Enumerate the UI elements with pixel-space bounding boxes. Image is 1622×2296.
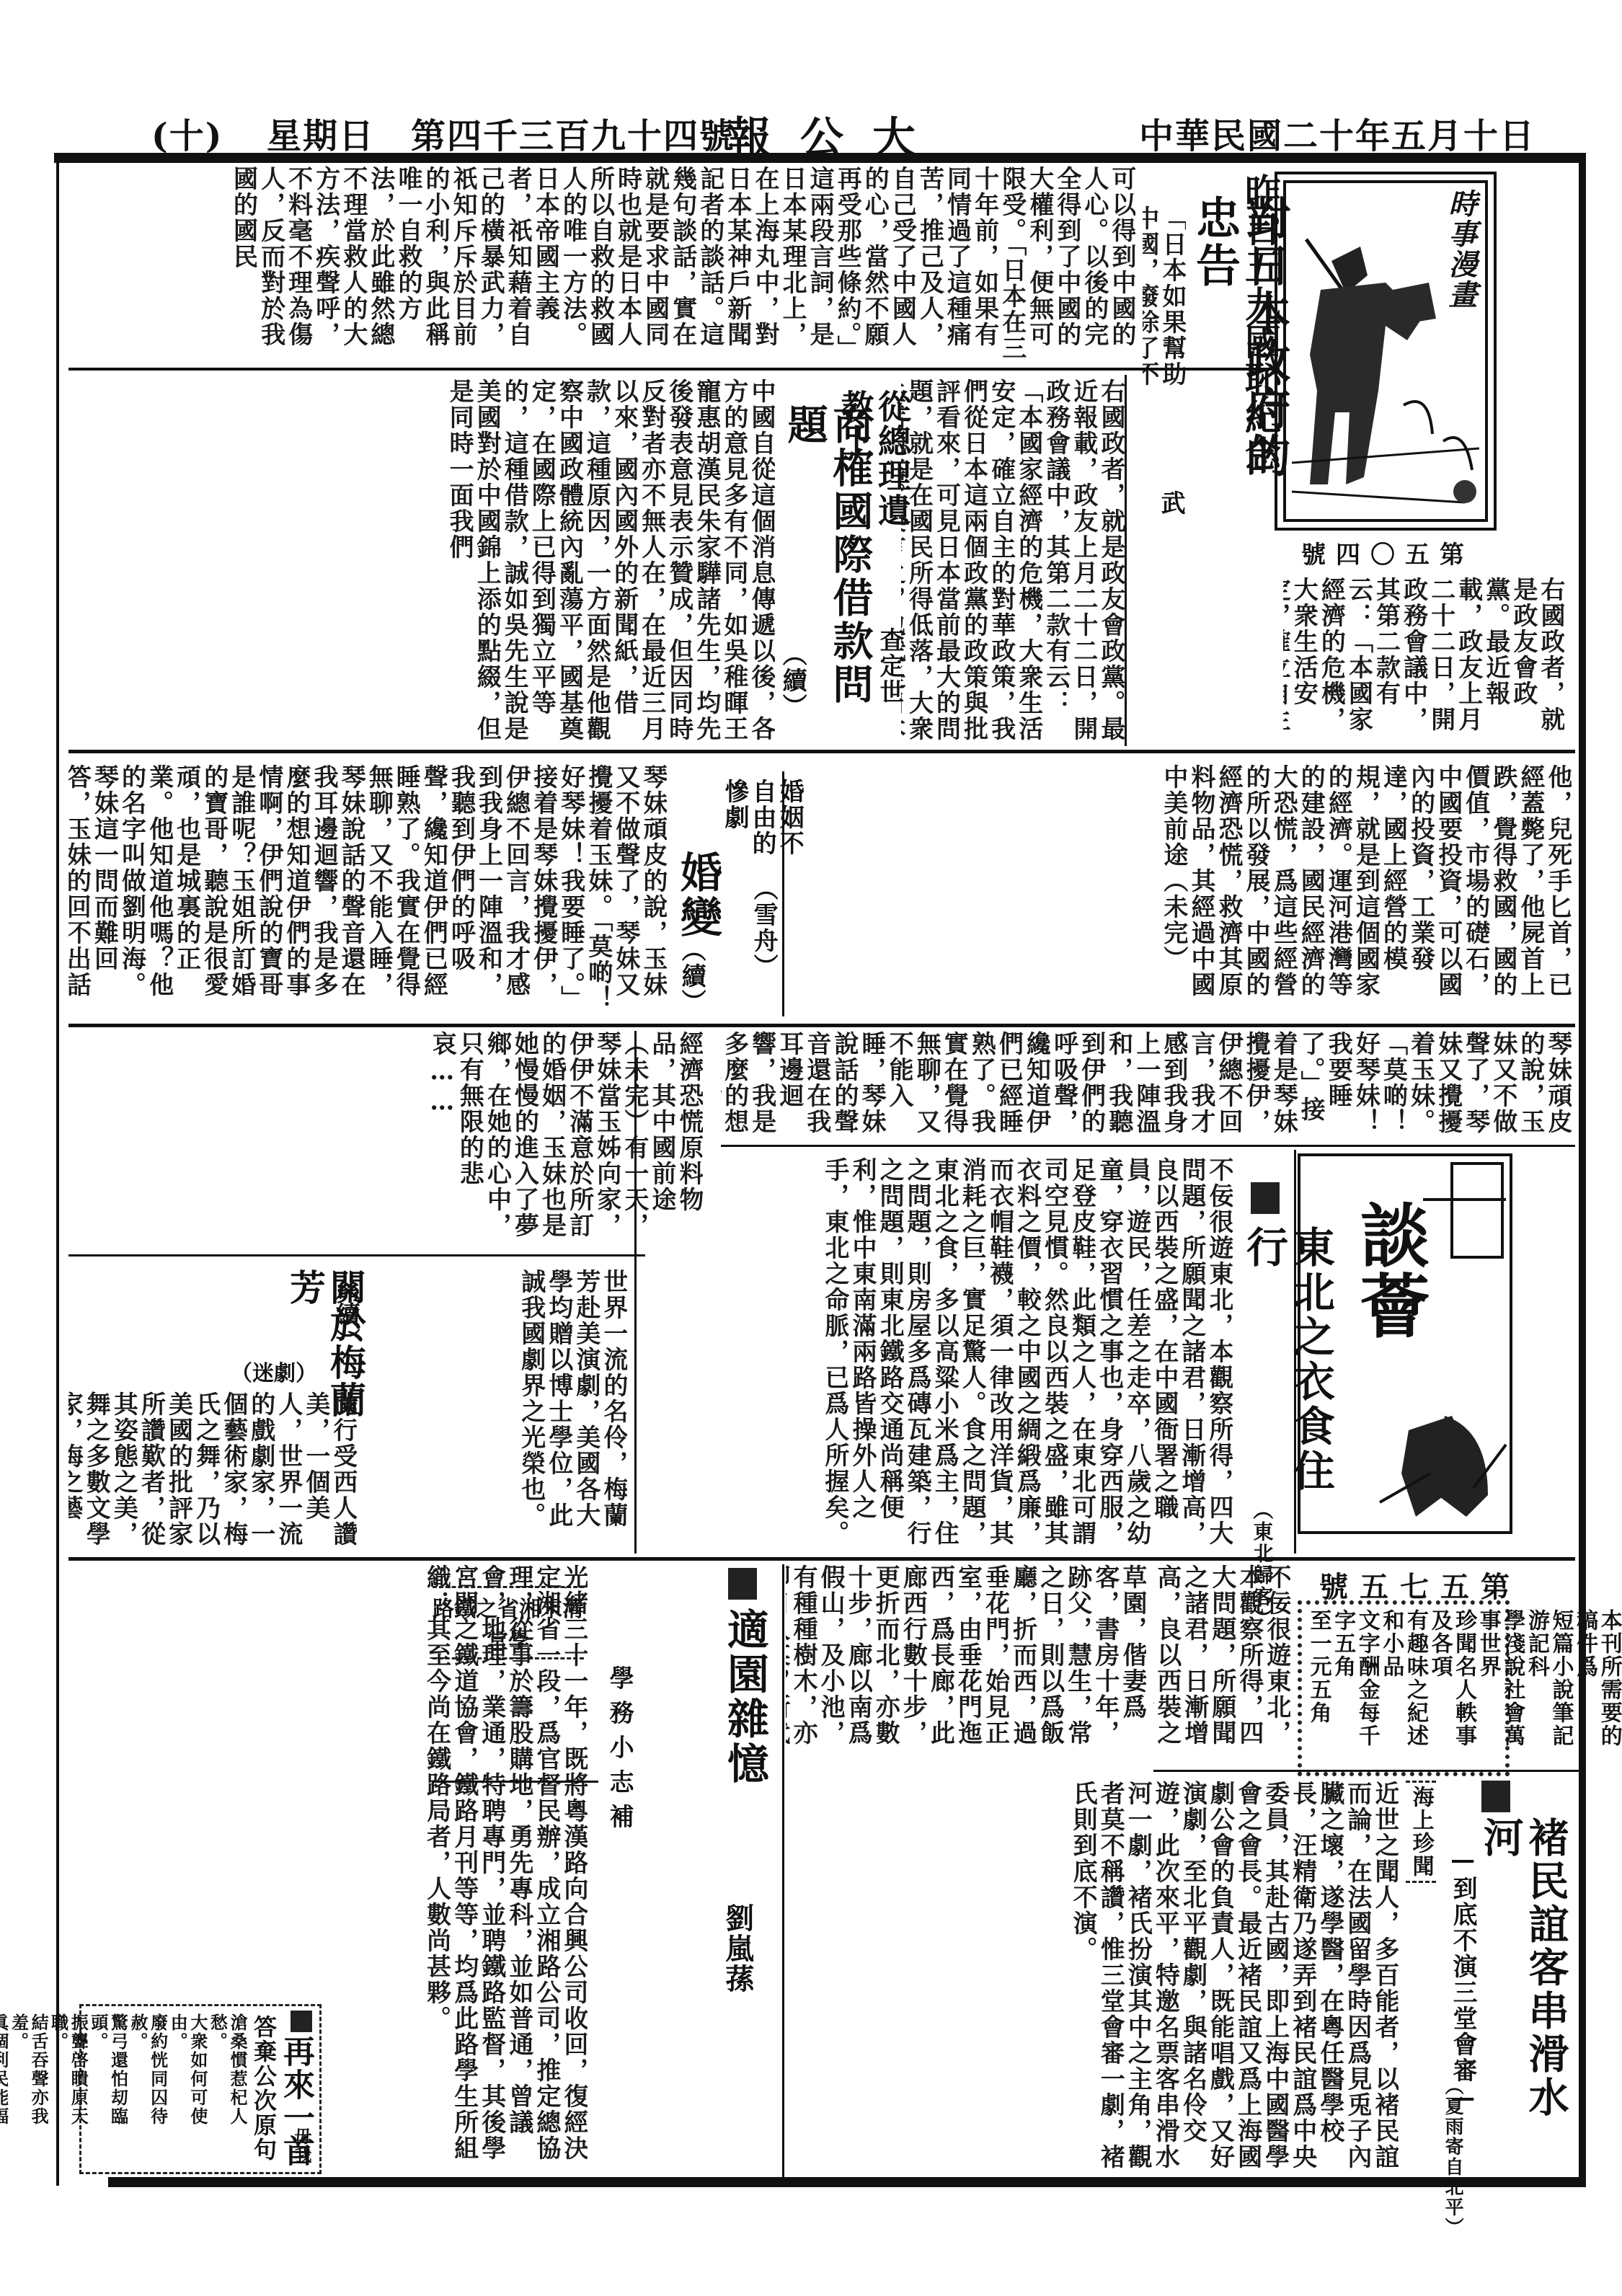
marriage-kicker: 婚姻不自由的慘劇: [721, 779, 803, 858]
shiyuan-author: 劉嵐蓀: [721, 1903, 753, 1994]
poem-line: 大衆如何可使由。: [167, 2013, 208, 2126]
divider: [1153, 1770, 1579, 1772]
editorial-body-mid: 右國政者，就是政友會政黨。最近報載，政友上月二十二日，開政務會議中，其第二款有云…: [901, 378, 1125, 746]
left-mid-column-text: 經濟恐慌原料物品，其中國前途（未完）有一天，琴妹當玉姊向家，伊伊不滿意於所訂的婚…: [68, 1031, 703, 1247]
cartoon-illustration: 時事漫畫: [1275, 172, 1497, 531]
cartoon-title: 時事漫畫: [1444, 189, 1476, 310]
marriage-title: 婚變: [674, 851, 721, 940]
editorial-author: 武: [1157, 490, 1184, 516]
section-marker-icon: [1251, 1182, 1280, 1214]
marriage-continued: （續）: [678, 937, 705, 1015]
poem-line: 結舌吞聲亦我羞。: [8, 2013, 49, 2126]
marriage-body-continued: 琴妹頑皮的說，玉妹又不做聲了，琴妹又攪擾着玉妹。「莫啲！好琴妹！我要睡了。」接着…: [721, 1031, 1572, 1143]
section-divider: [68, 1024, 1575, 1027]
header-rule: [54, 153, 1582, 163]
shiyuan-title: 適園雜憶: [721, 1608, 768, 1881]
date: 中華民國二十年五月十日: [1139, 108, 1535, 158]
poem-line: 振聾啓瞶原天職。: [48, 2013, 89, 2126]
section-divider: [68, 368, 1280, 371]
section-divider: [68, 1557, 1575, 1561]
right-frame: [1579, 153, 1586, 2186]
poem-box: 再來一首 毋我 答棄公次原句 滄桑慣惹杞人愁。 大衆如何可使由。 廢約恍同囚待赦…: [79, 2004, 322, 2174]
northeast-title: 東北之衣食住行: [1240, 1225, 1334, 1514]
contributions-notice: 本刊所需要的稿件爲 短篇小說筆記游記科 學淺說社會萬事世界 珍聞名人軼事及各項 …: [1298, 1600, 1510, 1776]
tanhui-issue-number: 第五七五號: [1312, 1564, 1528, 1605]
marriage-author: （雪舟）: [750, 876, 777, 980]
poem-line: 廢約恍同囚待赦。: [128, 2013, 169, 2126]
poem-line: 滄桑慣惹杞人愁。: [207, 2013, 248, 2126]
shanghai-news-title: 褚民誼客串滑水河: [1478, 1817, 1568, 2119]
divider: [721, 1145, 1575, 1147]
notice-lines: 本刊所需要的稿件爲 短篇小說筆記游記科 學淺說社會萬事世界 珍聞名人軼事及各項 …: [1306, 1609, 1621, 1760]
loan-author: 査定世: [876, 627, 903, 705]
shiyuan-body: 草園，偕妻爲客，書房十年，跡父，慧生，常之日，則以爲飯廳，折而西，過垂花門，始見…: [786, 1564, 1146, 1770]
poem-subtitle: 答棄公次原句: [250, 2015, 276, 2162]
meilanfang-body: 此行受西人讚美，一個美人，世界一流的戲劇家，一個藝術家，梅氏之舞，乃以美國的批評…: [68, 1391, 357, 1550]
editorial-title: 對日本政府的忠告: [1189, 195, 1290, 526]
loan-continued: （續）: [779, 642, 806, 719]
notice-line: 學淺說社會萬事世界: [1476, 1609, 1525, 1747]
issue-number: 第四千三百九十四號: [411, 108, 735, 158]
page-number: (十): [151, 108, 223, 158]
poem-author: 毋我: [291, 2127, 311, 2165]
shiyuan-marker: [728, 1568, 757, 1607]
section-marker-icon: [1481, 1781, 1510, 1812]
notice-line: 文字酬金每千字五角: [1330, 1609, 1380, 1747]
poem-lines: 滄桑慣惹杞人愁。 大衆如何可使由。 廢約恍同囚待赦。 驚弓還怕刧臨頭。 振聾啓瞶…: [0, 2013, 247, 2158]
weekday: 星期日: [267, 108, 375, 158]
divider: [68, 1254, 645, 1256]
loan-body: 中國自從這個消息傳遞以後，各方的意見多有不同，如吳稚暉王寵惠胡漢民朱家驊諸先生，…: [68, 378, 775, 746]
column-divider: [634, 1031, 637, 1553]
notice-line: 短篇小說筆記游記科: [1524, 1609, 1574, 1747]
northeast-section-icon: [1251, 1182, 1280, 1221]
meilanfang-continued: （續）: [332, 1276, 359, 1354]
notice-line: 珍聞名人軼事及各項: [1427, 1609, 1477, 1747]
cartoon-caption: 第五〇四號: [1283, 535, 1492, 564]
column-divider: [1294, 1150, 1296, 1553]
editorial-body-right: 右國政者，就是政友會政黨。最近報載，政友上月二十二日，開政務會議中，其第二款有云…: [1283, 577, 1564, 743]
section-marker-icon: [728, 1568, 757, 1600]
railway-column-label: 學務小志補: [606, 1665, 633, 1838]
northeast-body: 不佞很遊東北，本觀察所得，四大問題，所願聞之諸君，日漸增高，良以西裝之盛，在中國…: [649, 1157, 1233, 1546]
section-marker-icon: [291, 2011, 312, 2032]
shanghai-news-body: 近世之聞人，多百能者，以褚民誼而論，在法國留學時因爲見兎子內臟之壞，遂學醫，在粵…: [793, 1781, 1399, 2173]
notice-line: 有趣味之紀述和小品: [1378, 1609, 1428, 1747]
northeast-body-continued: 不佞很遊東北，本觀察所得，四大問題，所願聞之諸君，日漸增高，良以西裝之盛，在中國…: [1153, 1564, 1290, 1766]
meilanfang-author: （迷劇）: [231, 1355, 317, 1387]
shanghai-news-author: （夏雨寄自北平）: [1442, 2076, 1463, 2238]
column-divider: [1125, 375, 1127, 746]
footer-rule: [108, 2177, 1586, 2187]
shanghai-news-label: 海上珍聞: [1406, 1781, 1436, 1883]
editorial-body-top: 可以得到中國的人心。以後的完全得到了中國的大權利，便無可限受。「日本在三十年前，…: [68, 166, 1135, 364]
notice-line: 本刊所需要的稿件爲: [1572, 1609, 1622, 1747]
lower-left-mid-text: 世界一流的名伶，梅蘭芳赴美演劇，美國各大學均贈以博士學位，此誠我國劇界之光榮也。: [375, 1269, 627, 1550]
left-frame: [56, 153, 59, 2186]
section-divider: [68, 750, 1575, 753]
poem-line: 眞個利民能福國。: [0, 2013, 9, 2126]
column-divider: [782, 771, 784, 1016]
marriage-body: 琴妹頑皮的說，玉妹又不做聲了，琴妹又攪擾着玉妹。「莫啲！好琴妹！我要睡了。」接着…: [68, 764, 667, 1016]
editorial-quote: 「日本如果幫助中國，廢除了不平等的條約，當然可以得到中國的人心。日本: [1143, 205, 1186, 400]
poem-line: 驚弓還怕刧臨頭。: [88, 2013, 129, 2126]
column-divider: [782, 1564, 784, 2177]
marriage-body-2: 他，兒死手匕首，已經蓋斃了，他屍首上跌，覺得救國，國的價值，市場的礎石，中國要投…: [793, 764, 1572, 1016]
notice-line: 至一元五角: [1306, 1609, 1331, 1724]
shanghai-news-marker: [1481, 1781, 1510, 1819]
divider: [433, 1781, 598, 1783]
newspaper-header: (十) 星期日 第四千三百九十四號 大公報 中華民國二十年五月十日: [108, 108, 1514, 151]
